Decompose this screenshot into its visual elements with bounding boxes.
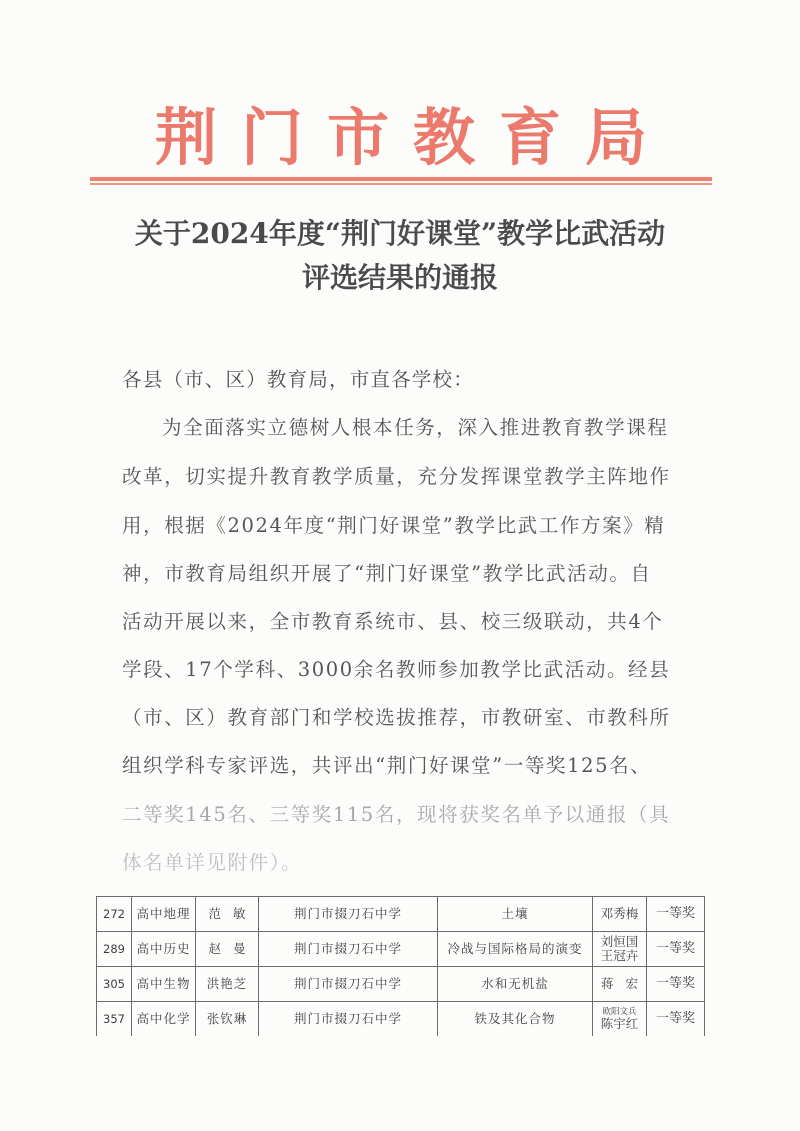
teacher-name: 洪艳芝 [196, 967, 259, 1002]
body-line: 组织学科专家评选，共评出“荆门好课堂”一等奖125名、 [122, 750, 682, 778]
entry-id: 357 [97, 1002, 132, 1037]
letterhead: 荆门市教育局 [90, 96, 712, 168]
awards-table: 272 高中地理 范敏 荆门市掇刀石中学 土壤 邓秀梅 一等奖 289 高中历史… [96, 896, 705, 1036]
body-line: 用，根据《2024年度“荆门好课堂”教学比武工作方案》精 [122, 510, 682, 538]
award-level: 一等奖 [647, 967, 705, 1002]
mentor-name: 陈宇红 [593, 1017, 646, 1031]
school: 荆门市掇刀石中学 [259, 1002, 438, 1037]
table-row: 357 高中化学 张钦琳 荆门市掇刀石中学 铁及其化合物 欧阳文兵 陈宇红 一等… [97, 1002, 705, 1037]
lesson-topic: 土壤 [438, 897, 593, 932]
body-line: 活动开展以来，全市教育系统市、县、校三级联动，共4个 [122, 606, 682, 634]
mentors: 刘恒国 王冠卉 [593, 932, 647, 967]
subject: 高中历史 [132, 932, 196, 967]
body-line: 学段、17个学科、3000余名教师参加教学比武活动。经县 [122, 654, 682, 682]
letterhead-rule-thick [90, 177, 712, 181]
mentor-name: 邓秀梅 [593, 907, 646, 921]
subject: 高中地理 [132, 897, 196, 932]
school: 荆门市掇刀石中学 [259, 932, 438, 967]
teacher-name: 张钦琳 [196, 1002, 259, 1037]
entry-id: 305 [97, 967, 132, 1002]
body-line: 改革，切实提升教育教学质量，充分发挥课堂教学主阵地作 [122, 461, 682, 489]
mentors: 邓秀梅 [593, 897, 647, 932]
body-line: 二等奖145名、三等奖115名，现将获奖名单予以通报（具 [122, 799, 682, 827]
subject: 高中化学 [132, 1002, 196, 1037]
lesson-topic: 铁及其化合物 [438, 1002, 593, 1037]
lesson-topic: 水和无机盐 [438, 967, 593, 1002]
document-title-line1: 关于2024年度“荆门好课堂”教学比武活动 [100, 212, 700, 252]
teacher-name: 赵曼 [196, 932, 259, 967]
body-line: （市、区）教育部门和学校选拔推荐，市教研室、市教科所 [122, 702, 682, 730]
entry-id: 272 [97, 897, 132, 932]
entry-id: 289 [97, 932, 132, 967]
table-row: 272 高中地理 范敏 荆门市掇刀石中学 土壤 邓秀梅 一等奖 [97, 897, 705, 932]
table-row: 289 高中历史 赵曼 荆门市掇刀石中学 冷战与国际格局的演变 刘恒国 王冠卉 … [97, 932, 705, 967]
award-level: 一等奖 [647, 897, 705, 932]
body-line: 体名单详见附件）。 [122, 847, 682, 875]
mentors: 欧阳文兵 陈宇红 [593, 1002, 647, 1037]
subject: 高中生物 [132, 967, 196, 1002]
document-title-line2: 评选结果的通报 [100, 256, 700, 296]
lesson-topic: 冷战与国际格局的演变 [438, 932, 593, 967]
teacher-name-text: 赵曼 [208, 941, 257, 956]
letterhead-rule-thin [90, 183, 712, 185]
teacher-name: 范敏 [196, 897, 259, 932]
award-level: 一等奖 [647, 932, 705, 967]
mentors: 蒋宏 [593, 967, 647, 1002]
mentor-name: 刘恒国 [593, 935, 646, 949]
salutation: 各县（市、区）教育局，市直各学校： [122, 364, 474, 392]
school: 荆门市掇刀石中学 [259, 967, 438, 1002]
mentor-name: 王冠卉 [593, 949, 646, 963]
document-page: 荆门市教育局 关于2024年度“荆门好课堂”教学比武活动 评选结果的通报 各县（… [0, 0, 800, 1131]
letterhead-issuer: 荆门市教育局 [155, 88, 671, 177]
mentor-name: 蒋宏 [593, 977, 658, 991]
award-level: 一等奖 [647, 1002, 705, 1037]
body-line: 神，市教育局组织开展了“荆门好课堂”教学比武活动。自 [122, 558, 682, 586]
school: 荆门市掇刀石中学 [259, 897, 438, 932]
teacher-name-text: 范敏 [208, 906, 257, 921]
body-line: 为全面落实立德树人根本任务，深入推进教育教学课程 [162, 412, 722, 440]
table-row: 305 高中生物 洪艳芝 荆门市掇刀石中学 水和无机盐 蒋宏 一等奖 [97, 967, 705, 1002]
